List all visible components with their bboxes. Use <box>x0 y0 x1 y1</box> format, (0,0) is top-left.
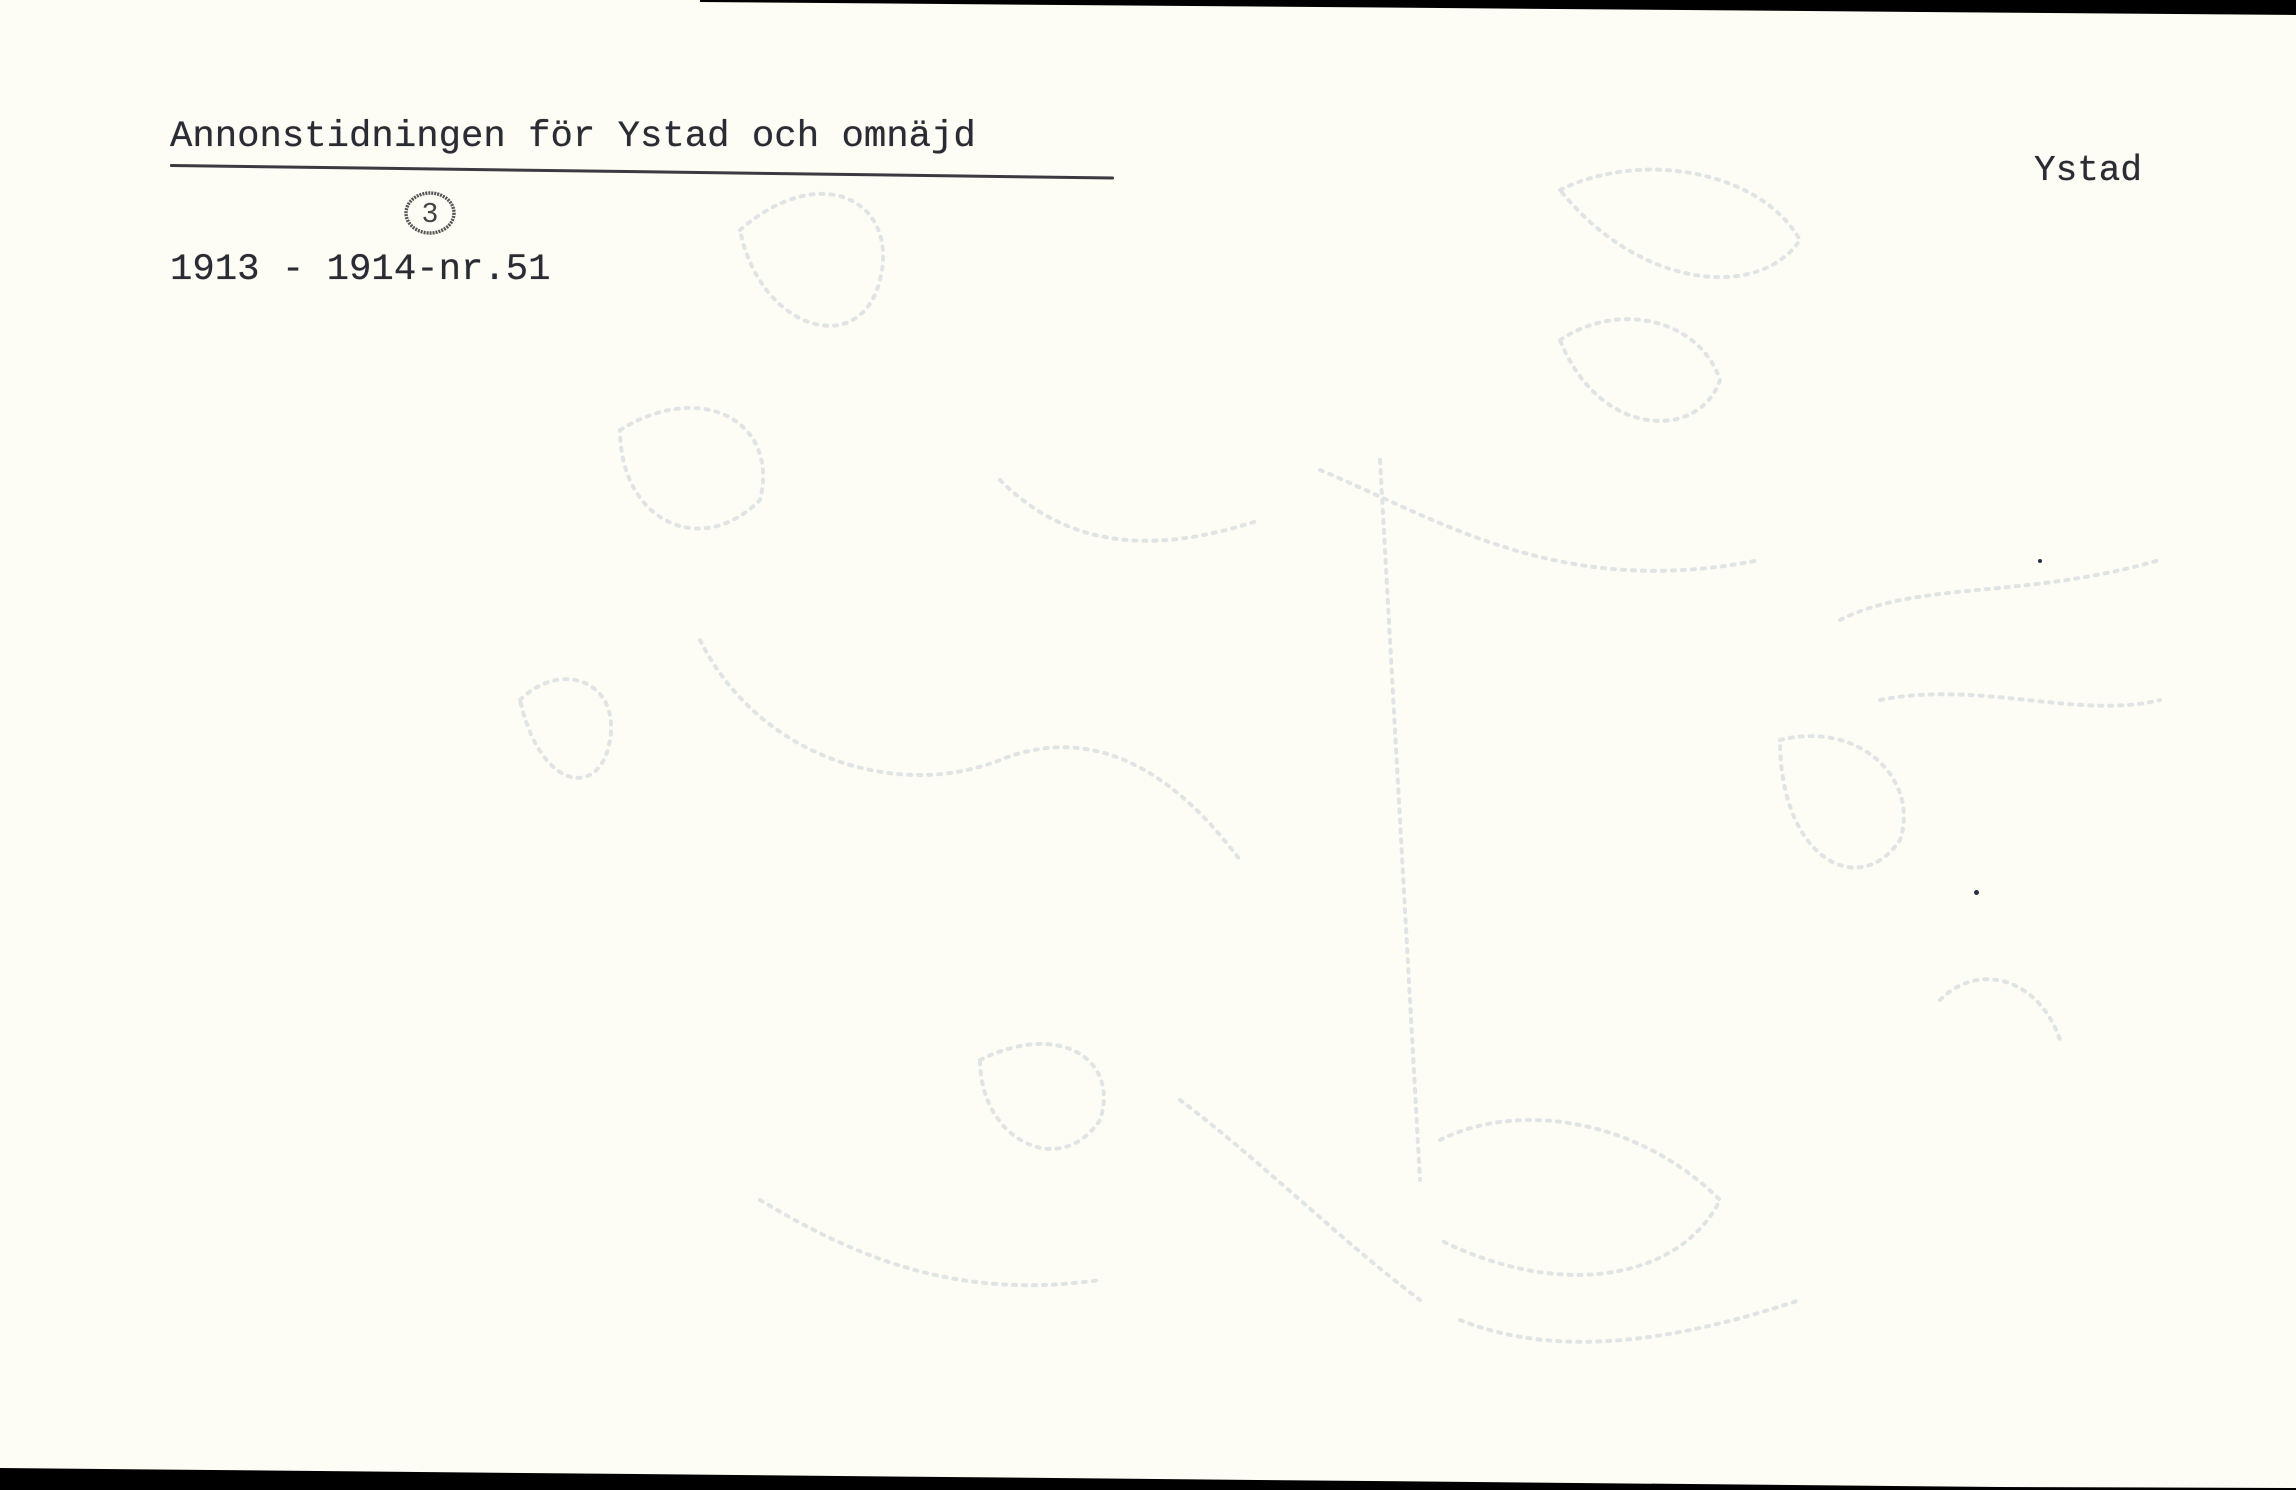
ink-speck <box>1974 890 1979 895</box>
circled-number: 3 <box>401 188 459 238</box>
date-range: 1913 - 1914-nr.51 <box>170 252 551 289</box>
ink-speck <box>2038 559 2042 563</box>
card-title: Annonstidningen för Ystad och omnäjd <box>170 119 976 156</box>
scan-border <box>0 0 2296 1490</box>
svg-text:3: 3 <box>422 197 438 228</box>
place-name: Ystad <box>2034 153 2142 189</box>
title-underline <box>170 164 1114 180</box>
watermark-ornament <box>0 0 2296 1490</box>
catalog-card: Annonstidningen för Ystad och omnäjd 3 1… <box>0 0 2296 1490</box>
